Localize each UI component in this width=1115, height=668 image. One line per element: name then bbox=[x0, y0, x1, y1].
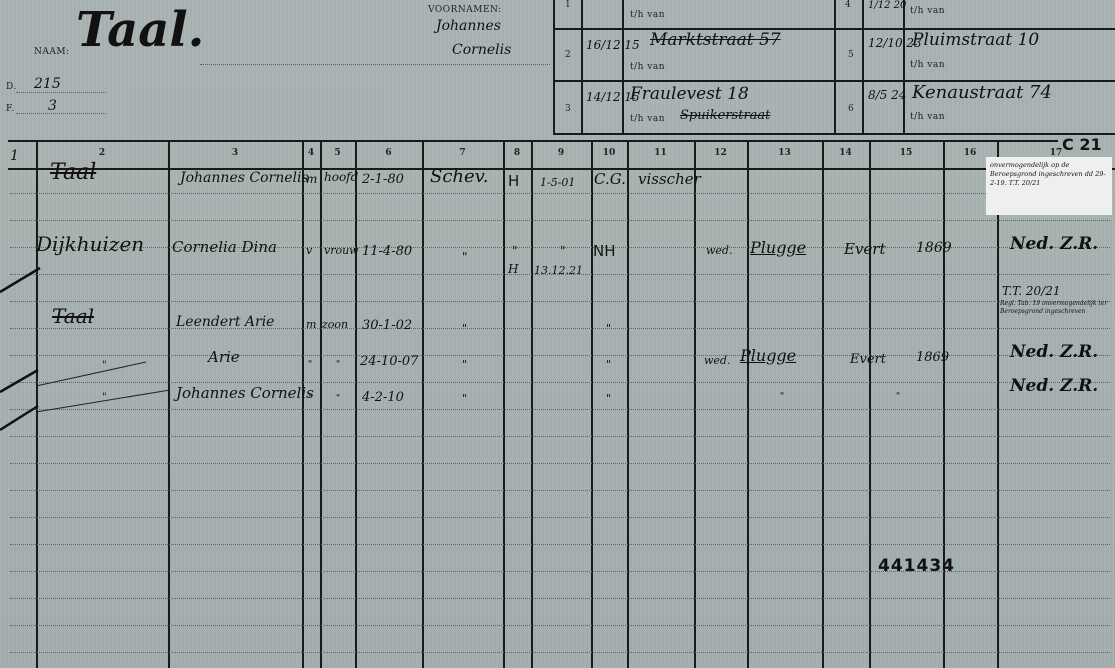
column-number: 10 bbox=[591, 148, 627, 158]
religion: C.G. bbox=[594, 170, 626, 188]
religion: " bbox=[606, 392, 611, 405]
spouse-year: 1869 bbox=[916, 350, 949, 365]
religion: NH bbox=[593, 242, 616, 260]
sex: " bbox=[308, 360, 312, 370]
col8-value: H bbox=[508, 172, 519, 190]
grid-line bbox=[553, 133, 1115, 135]
ruled-line bbox=[10, 193, 1110, 194]
relation: " bbox=[336, 360, 340, 370]
grid-line bbox=[553, 0, 555, 134]
grid-line bbox=[834, 0, 836, 134]
note-text: onvermogendelijk op de Beroepsgrond inge… bbox=[990, 161, 1108, 188]
naam-label: NAAM: bbox=[34, 47, 70, 57]
sex: " bbox=[308, 394, 312, 404]
birth-date: 11-4-80 bbox=[362, 244, 412, 259]
ruled-line bbox=[10, 544, 1110, 545]
col8-value: " bbox=[512, 244, 518, 258]
birth-place: Schev. bbox=[430, 166, 488, 187]
col9-date: 13.12.21 bbox=[534, 264, 583, 277]
birth-place: " bbox=[462, 250, 468, 264]
f-value: 3 bbox=[48, 98, 57, 114]
corner-mark: C 21 bbox=[1062, 135, 1102, 154]
grid-line bbox=[622, 0, 624, 134]
birth-date: 24-10-07 bbox=[360, 354, 418, 369]
widow-of: wed. bbox=[706, 244, 732, 257]
th-van-label: t/h van bbox=[630, 114, 665, 124]
address-date: 1/12 20 bbox=[868, 0, 906, 11]
column-number: 7 bbox=[422, 148, 503, 158]
address-num: 2 bbox=[565, 50, 571, 60]
rule bbox=[16, 113, 106, 114]
birth-date: 4-2-10 bbox=[362, 390, 404, 405]
birth-place: " bbox=[462, 358, 467, 371]
column-number: 3 bbox=[168, 148, 302, 158]
address-street: Pluimstraat 10 bbox=[912, 30, 1039, 50]
nationality: Ned. Z.R. bbox=[1010, 342, 1098, 362]
grid-line bbox=[903, 0, 905, 134]
address-num: 1 bbox=[565, 0, 571, 10]
stamp-number: 441434 bbox=[878, 556, 955, 576]
ruled-line bbox=[10, 463, 1110, 464]
address-street: Fraulevest 18 bbox=[630, 84, 749, 104]
occupation: visscher bbox=[638, 170, 701, 188]
note-registration: Regl. Tab. 19 onvermogendelijk ter Beroe… bbox=[1000, 300, 1110, 316]
relation: vrouw bbox=[324, 244, 359, 257]
grid-line bbox=[581, 0, 583, 134]
column-number: 9 bbox=[531, 148, 591, 158]
column-number: 15 bbox=[869, 148, 943, 158]
th-van-label: t/h van bbox=[910, 60, 945, 70]
address-num: 3 bbox=[565, 104, 571, 114]
given-names: Johannes Cornelis bbox=[180, 170, 309, 186]
grid-line bbox=[862, 0, 864, 134]
rule bbox=[16, 92, 106, 93]
surname: Taal bbox=[50, 160, 96, 185]
d-value: 215 bbox=[34, 76, 61, 92]
ruled-line bbox=[10, 490, 1110, 491]
address-street: Marktstraat 57 bbox=[650, 30, 781, 50]
sex: v bbox=[306, 244, 312, 257]
address-date: 8/5 24 bbox=[868, 88, 906, 102]
relation: " bbox=[336, 394, 340, 404]
column-number: 14 bbox=[822, 148, 869, 158]
ruled-line bbox=[10, 517, 1110, 518]
column-number: 12 bbox=[694, 148, 747, 158]
registration-card: NAAM: Taal. D. 215 F. 3 VOORNAMEN: Johan… bbox=[0, 0, 1115, 668]
ruled-line bbox=[10, 220, 1110, 221]
row-marker: 1 bbox=[10, 148, 19, 164]
religion: " bbox=[606, 322, 611, 335]
birth-place: " bbox=[462, 322, 467, 335]
address-num: 6 bbox=[848, 104, 854, 114]
relation: hoofd bbox=[324, 170, 358, 184]
given-names-line2: Cornelis bbox=[452, 42, 511, 58]
column-number: 2 bbox=[36, 148, 168, 158]
voornamen-label: VOORNAMEN: bbox=[428, 5, 502, 15]
nationality: Ned. Z.R. bbox=[1010, 376, 1098, 396]
spouse-year: 1869 bbox=[916, 240, 952, 256]
given-names-line1: Johannes bbox=[436, 18, 501, 34]
widow-of: wed. bbox=[704, 354, 730, 367]
sex: m bbox=[306, 172, 317, 186]
ruled-line bbox=[10, 598, 1110, 599]
column-number: 11 bbox=[627, 148, 694, 158]
birth-place: " bbox=[462, 392, 467, 405]
column-number: 6 bbox=[355, 148, 422, 158]
sex: m bbox=[306, 318, 316, 331]
d-label: D. bbox=[6, 82, 17, 92]
note-tt: T.T. 20/21 bbox=[1002, 284, 1061, 298]
table-top-rule bbox=[8, 140, 1058, 142]
spouse-surname: " bbox=[780, 392, 784, 402]
ruled-line bbox=[10, 652, 1110, 653]
spouse-given: Evert bbox=[844, 240, 886, 258]
column-number: 4 bbox=[302, 148, 320, 158]
header-rule bbox=[8, 168, 1115, 170]
column-number: 13 bbox=[747, 148, 822, 158]
strike-marks bbox=[0, 240, 200, 440]
birth-date: 2-1-80 bbox=[362, 172, 404, 187]
relation: zoon bbox=[322, 318, 348, 331]
address-date: 16/12 15 bbox=[586, 38, 640, 52]
given-names: Arie bbox=[208, 348, 240, 366]
col8-note: H bbox=[508, 262, 518, 276]
address-num: 5 bbox=[848, 50, 854, 60]
col9-date: 1-5-01 bbox=[540, 176, 575, 189]
birth-date: 30-1-02 bbox=[362, 318, 412, 333]
column-number: 5 bbox=[320, 148, 355, 158]
ruled-line bbox=[10, 625, 1110, 626]
spouse-given: Evert bbox=[850, 352, 886, 367]
nationality: Ned. Z.R. bbox=[1010, 234, 1098, 254]
col9-value: " bbox=[560, 244, 566, 258]
rule bbox=[200, 64, 550, 65]
th-van-label: t/h van bbox=[630, 10, 665, 20]
spouse-year: " bbox=[896, 392, 900, 402]
th-van-label: t/h van bbox=[910, 6, 945, 16]
th-van-label: t/h van bbox=[630, 62, 665, 72]
spouse-surname: Plugge bbox=[750, 238, 806, 257]
f-label: F. bbox=[6, 104, 15, 114]
th-van-label: t/h van bbox=[910, 112, 945, 122]
address-street: Kenaustraat 74 bbox=[912, 82, 1052, 103]
pasted-note: onvermogendelijk op de Beroepsgrond inge… bbox=[986, 157, 1112, 215]
column-number: 8 bbox=[503, 148, 531, 158]
surname-heading: Taal. bbox=[76, 2, 204, 58]
spouse-surname: Plugge bbox=[740, 346, 796, 365]
th-van-street: Spuikerstraat bbox=[680, 108, 770, 123]
religion: " bbox=[606, 358, 611, 371]
address-num: 4 bbox=[845, 0, 851, 10]
